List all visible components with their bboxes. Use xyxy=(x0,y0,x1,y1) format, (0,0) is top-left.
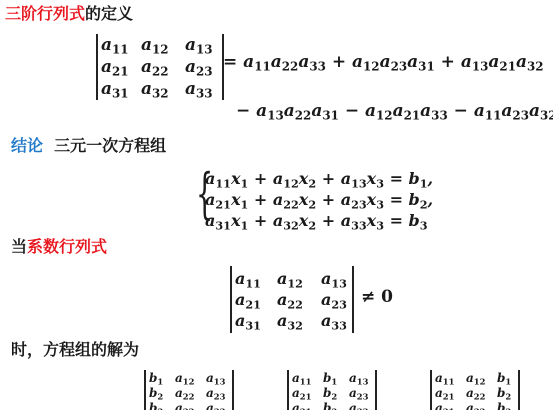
expansion-line-1: = a11a22a33 + a12a23a31 + a13a21a32 xyxy=(223,52,544,72)
equation-system: a11x1 + a12x2 + a13x3 = b1, a21x1 + a22x… xyxy=(205,168,433,231)
coefficient-determinant: a11a12a13 a21a22a23 a31a32a33 xyxy=(230,266,354,333)
expansion-line-2: − a13a22a31 − a12a21a33 − a11a23a32. xyxy=(236,101,553,121)
prefix: 当 xyxy=(11,237,27,256)
title-red: 三阶行列式 xyxy=(5,4,85,23)
determinant-d3: a11a12b1 a21a22b2 a31a32b3 xyxy=(430,370,520,410)
section-title-definition: 三阶行列式的定义 xyxy=(5,4,133,24)
determinant-d2: a11b1a13 a21b2a23 a31b3a33 xyxy=(287,370,377,410)
determinant-3x3: a11a12a13 a21a22a23 a31a32a33 xyxy=(96,34,224,100)
section-solution: 时，方程组的解为 xyxy=(11,340,139,360)
section-coefficient-det: 当系数行列式 xyxy=(11,237,107,257)
label-system: 三元一次方程组 xyxy=(54,136,166,155)
label-conclusion: 结论 xyxy=(11,136,43,155)
not-equal-zero: ≠ 0 xyxy=(361,287,393,307)
section-conclusion: 结论 三元一次方程组 xyxy=(11,136,166,156)
title-black: 的定义 xyxy=(85,4,133,23)
determinant-d1: b1a12a13 b2a22a23 b3a32a33 xyxy=(144,370,234,410)
title-red: 系数行列式 xyxy=(27,237,107,256)
